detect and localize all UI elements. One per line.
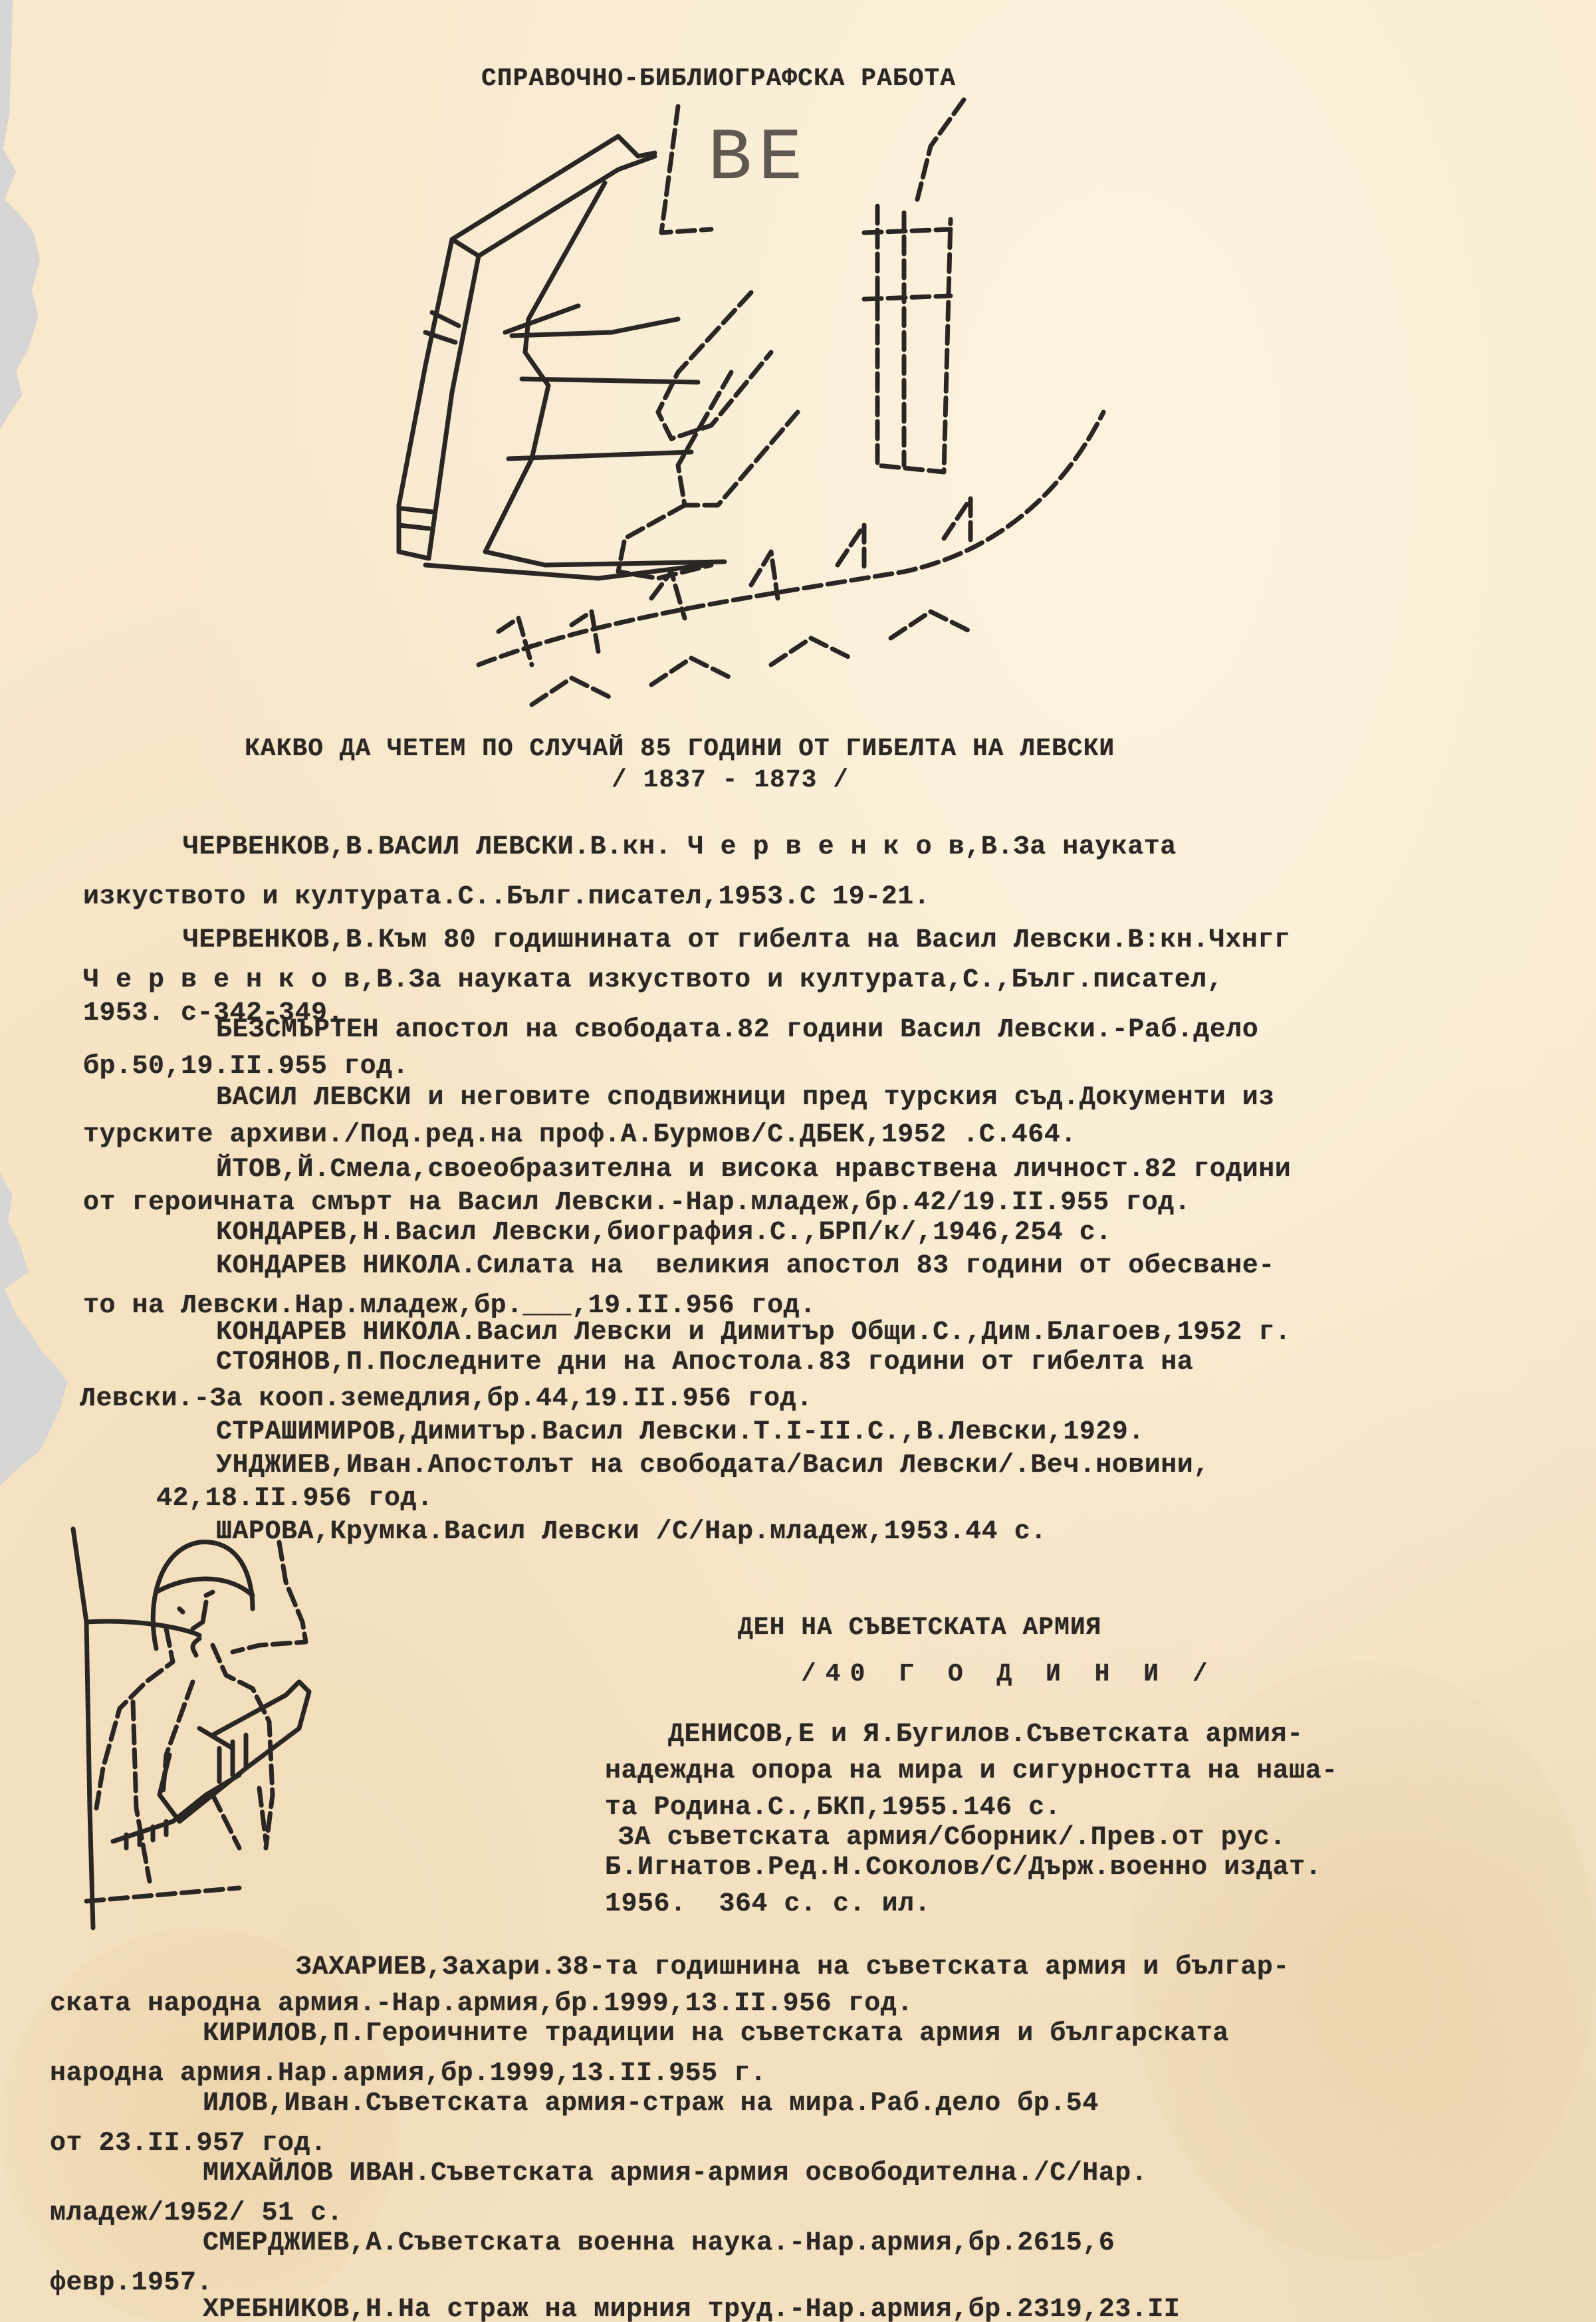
section2-title: ДЕН НА СЪВЕТСКАТА АРМИЯ xyxy=(738,1615,1102,1641)
entry-line: БЕЗСМЪРТЕН апостол на свободата.82 годин… xyxy=(216,1017,1258,1044)
entry-line: СМЕРДЖИЕВ,А.Съветската военна наука.-Нар… xyxy=(203,2230,1115,2257)
soldier-drawing-icon xyxy=(40,1529,638,1994)
section2-subtitle: /40 Г О Д И Н И / xyxy=(801,1662,1217,1687)
entry-line: Левски.-За кооп.земедлия,бр.44,19.II.956… xyxy=(80,1386,813,1413)
entry-line: народна армия.Нар.армия,бр.1999,13.II.95… xyxy=(50,2061,766,2087)
entry-line: надеждна опора на мира и сигурността на … xyxy=(605,1758,1338,1785)
section1-title: КАКВО ДА ЧЕТЕМ ПО СЛУЧАЙ 85 ГОДИНИ ОТ ГИ… xyxy=(245,737,1115,762)
entry-line: Б.Игнатов.Ред.Н.Соколов/С/Държ.военно из… xyxy=(605,1855,1321,1881)
entry-line: ЗАХАРИЕВ,Захари.38-та годишнина на съвет… xyxy=(296,1954,1290,1981)
entry-line: ХРЕБНИКОВ,Н.На страж на мирния труд.-Нар… xyxy=(203,2297,1180,2322)
entry-line: СТРАШИМИРОВ,Димитър.Васил Левски.Т.I-II.… xyxy=(216,1419,1145,1446)
entry-line: 1956. 364 с. с. ил. xyxy=(605,1891,931,1918)
entry-line: ЧЕРВЕНКОВ,В.ВАСИЛ ЛЕВСКИ.В.кн. Ч е р в е… xyxy=(183,834,1177,861)
entry-line: МИХАЙЛОВ ИВАН.Съветската армия-армия осв… xyxy=(203,2160,1147,2187)
entry-line: та Родина.С.,БКП,1955.146 с. xyxy=(605,1795,1061,1821)
entry-line: СТОЯНОВ,П.Последните дни на Апостола.83 … xyxy=(216,1349,1193,1376)
entry-line: КОНДАРЕВ НИКОЛА.Васил Левски и Димитър О… xyxy=(216,1320,1291,1346)
entry-line: ВАСИЛ ЛЕВСКИ и неговите сподвижници пред… xyxy=(216,1085,1275,1111)
entry-line: УНДЖИЕВ,Иван.Апостолът на свободата/Васи… xyxy=(216,1452,1210,1479)
entry-line: Ч е р в е н к о в,В.За науката изкуствот… xyxy=(83,967,1223,994)
entry-line: то на Левски.Нар.младеж,бр.___,19.II.956… xyxy=(83,1293,816,1320)
books-spine-label: ВЕ xyxy=(708,123,809,196)
entry-line: КОНДАРЕВ НИКОЛА.Силата на великия апосто… xyxy=(216,1253,1275,1280)
entry-line: турските архиви./Под.ред.на проф.А.Бурмо… xyxy=(83,1122,1077,1149)
entry-line: КОНДАРЕВ,Н.Васил Левски,биография.С.,БРП… xyxy=(216,1220,1112,1246)
entry-line: ДЕНИСОВ,Е и Я.Бугилов.Съветската армия- xyxy=(668,1722,1304,1748)
entry-line: КИРИЛОВ,П.Героичните традиции на съветск… xyxy=(203,2021,1229,2047)
entry-line: младеж/1952/ 51 с. xyxy=(50,2200,343,2227)
section1-subtitle: / 1837 - 1873 / xyxy=(612,768,849,793)
entry-line: ската народна армия.-Нар.армия,бр.1999,1… xyxy=(50,1991,913,2018)
entry-line: изкуството и културата.С..Бълг.писател,1… xyxy=(83,884,930,911)
entry-line: 42,18.II.956 год. xyxy=(156,1486,433,1512)
entry-line: ИЛОВ,Иван.Съветската армия-страж на мира… xyxy=(203,2091,1099,2117)
entry-line: ЧЕРВЕНКОВ,В.Към 80 годишнината от гибелт… xyxy=(183,927,1290,954)
entry-line: ЗА съветската армия/Сборник/.Прев.от рус… xyxy=(618,1825,1286,1851)
entry-line: от героичната смърт на Васил Левски.-Нар… xyxy=(83,1190,1191,1217)
entry-line: от 23.II.957 год. xyxy=(50,2131,327,2157)
entry-line: бр.50,19.II.955 год. xyxy=(83,1054,409,1080)
entry-line: февр.1957. xyxy=(50,2270,213,2297)
entry-line: ЙТОВ,Й.Смела,своеобразителна и висока нр… xyxy=(216,1157,1291,1183)
books-drawing-icon xyxy=(399,0,1263,731)
